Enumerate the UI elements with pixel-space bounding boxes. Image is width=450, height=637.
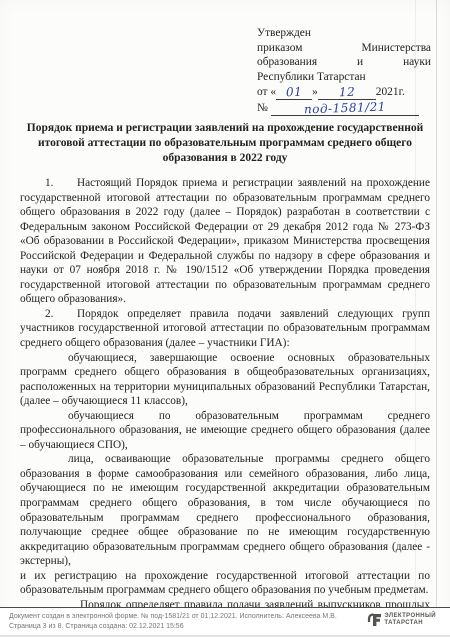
- footer: Документ создан в электронной форме. № п…: [0, 608, 450, 637]
- handwritten-month: 12: [338, 85, 355, 100]
- date-day-blank: 01: [276, 86, 312, 100]
- paragraph-3: обучающиеся, завершающие освоение основн…: [20, 351, 430, 409]
- electronic-tatarstan-icon: [367, 613, 382, 627]
- date-month-blank: 12: [318, 86, 376, 100]
- document-number-blank: под-1581/21: [271, 102, 419, 116]
- footer-meta-line1: Документ создан в электронной форме. № п…: [9, 612, 337, 622]
- paragraph-1: 1.Настоящий Порядок приема и регистрации…: [20, 176, 430, 307]
- paragraph-5: лица, осваивающие образовательные програ…: [20, 452, 430, 568]
- paragraph-2: 2.Порядок определяет правила подачи заяв…: [20, 307, 430, 351]
- document-title: Порядок приема и регистрации заявлений н…: [23, 121, 427, 166]
- paragraph-4: обучающиеся по образовательным программа…: [20, 409, 430, 453]
- approval-date-line: от «01»122021г.: [257, 85, 431, 100]
- document-body: 1.Настоящий Порядок приема и регистрации…: [20, 176, 430, 637]
- scan-artifact-line: [436, 0, 437, 637]
- approval-number-line: № под-1581/21: [257, 101, 431, 116]
- approval-line: приказом Министерства: [257, 41, 431, 56]
- scanned-document-page: Утвержден приказом Министерства образова…: [0, 0, 450, 637]
- approval-line: Республики Татарстан: [257, 70, 431, 85]
- footer-meta-line2: Страница 3 из 8. Страница создана: 02.12…: [9, 622, 337, 632]
- approval-line: Утвержден: [257, 26, 431, 41]
- handwritten-number: под-1581/21: [303, 99, 385, 116]
- approval-line: образования и науки: [257, 55, 431, 70]
- paragraph-6: и их регистрацию на прохождение государс…: [20, 569, 430, 598]
- electronic-tatarstan-logo: ЭЛЕКТРОННЫЙ ТАТАРСТАН: [367, 613, 436, 627]
- footer-meta: Документ создан в электронной форме. № п…: [9, 612, 337, 631]
- handwritten-day: 01: [286, 85, 303, 100]
- approval-block: Утвержден приказом Министерства образова…: [257, 26, 431, 116]
- logo-text: ЭЛЕКТРОННЫЙ ТАТАРСТАН: [384, 613, 436, 627]
